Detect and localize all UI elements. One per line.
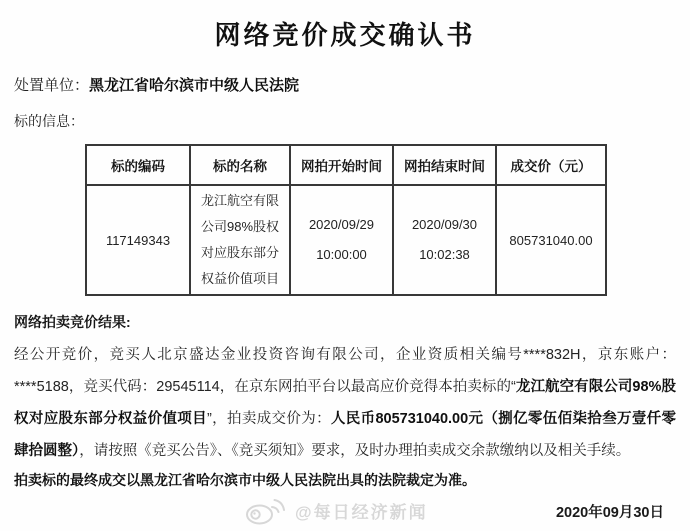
column-header-end-time: 网拍结束时间 (393, 145, 496, 185)
start-time: 10:00:00 (291, 240, 392, 270)
disposal-unit-label: 处置单位： (14, 77, 89, 94)
lot-info-table: 标的编码 标的名称 网拍开始时间 网拍结束时间 成交价（元） 117149343… (85, 144, 607, 296)
end-time-cell: 2020/09/30 10:02:38 (393, 185, 496, 295)
start-date: 2020/09/29 (291, 210, 392, 240)
result-text-segment-2: ”，拍卖成交价为： (207, 411, 331, 427)
end-time: 10:02:38 (394, 240, 495, 270)
final-ruling-note: 拍卖标的最终成交以黑龙江省哈尔滨市中级人民法院出具的法院裁定为准。 (14, 469, 676, 491)
document-page: 网络竞价成交确认书 处置单位：黑龙江省哈尔滨市中级人民法院 标的信息： 标的编码… (0, 0, 690, 531)
disposal-unit-line: 处置单位：黑龙江省哈尔滨市中级人民法院 (14, 74, 676, 95)
lot-name-cell: 龙江航空有限公司98%股权对应股东部分权益价值项目 (190, 185, 290, 295)
lot-code-cell: 117149343 (86, 185, 190, 295)
table-header-row: 标的编码 标的名称 网拍开始时间 网拍结束时间 成交价（元） (86, 145, 606, 185)
end-date: 2020/09/30 (394, 210, 495, 240)
column-header-start-time: 网拍开始时间 (290, 145, 393, 185)
column-header-lot-code: 标的编码 (86, 145, 190, 185)
result-paragraph: 经公开竞价，竞买人北京盛达金业投资咨询有限公司，企业资质相关编号****832H… (14, 339, 676, 467)
start-time-cell: 2020/09/29 10:00:00 (290, 185, 393, 295)
document-title: 网络竞价成交确认书 (0, 0, 690, 52)
watermark: @每日经济新闻 (244, 494, 428, 526)
result-section-heading: 网络拍卖竞价结果: (14, 312, 676, 332)
table-row: 117149343 龙江航空有限公司98%股权对应股东部分权益价值项目 2020… (86, 185, 606, 295)
disposal-unit-value: 黑龙江省哈尔滨市中级人民法院 (89, 77, 299, 94)
price-cell: 805731040.00 (496, 185, 606, 295)
watermark-text: @每日经济新闻 (295, 498, 428, 523)
result-text-segment-3: ，请按照《竞买公告》、《竞买须知》要求，及时办理拍卖成交余款缴纳以及相关手续。 (79, 443, 630, 459)
column-header-lot-name: 标的名称 (190, 145, 290, 185)
weibo-icon (244, 494, 288, 526)
column-header-price: 成交价（元） (496, 145, 606, 185)
target-info-label: 标的信息： (14, 111, 676, 131)
